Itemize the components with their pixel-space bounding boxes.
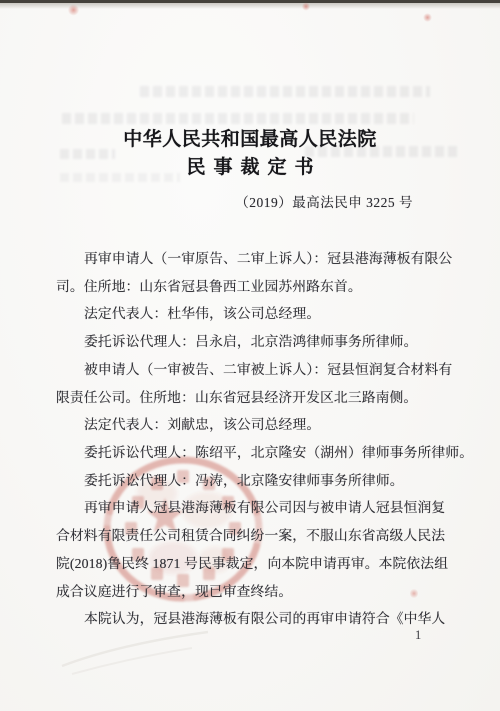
body-line: 合材料有限责任公司租赁合同纠纷一案，不服山东省高级人民法	[56, 524, 456, 544]
scanned-ruling-page: 中华人民共和国最高人民法院 民事裁定书 （2019）最高法民申 3225 号 再…	[0, 0, 500, 711]
body-line: 限责任公司。住所地：山东省冠县经济开发区北三路南侧。	[56, 386, 456, 406]
document-body: 再审申请人（一审原告、二审上诉人）：冠县港海薄板有限公司。住所地：山东省冠县鲁西…	[0, 0, 500, 711]
body-line: 委托诉讼代理人：冯涛，北京隆安律师事务所律师。	[56, 469, 484, 489]
page-number: 1	[415, 628, 421, 643]
body-line: 法定代表人：杜华伟，该公司总经理。	[56, 302, 484, 322]
body-line: 成合议庭进行了审查，现已审查终结。	[56, 580, 456, 600]
body-line: 再审申请人（一审原告、二审上诉人）：冠县港海薄板有限公	[56, 247, 484, 267]
body-line: 被申请人（一审被告、二审被上诉人）：冠县恒润复合材料有	[56, 358, 484, 378]
body-line: 委托诉讼代理人：吕永启，北京浩鸿律师事务所律师。	[56, 330, 484, 350]
body-line: 院(2018)鲁民终 1871 号民事裁定，向本院申请再审。本院依法组	[56, 552, 456, 572]
body-line: 司。住所地：山东省冠县鲁西工业园苏州路东首。	[56, 275, 456, 295]
body-line: 法定代表人：刘献忠，该公司总经理。	[56, 413, 484, 433]
body-line: 本院认为，冠县港海薄板有限公司的再审申请符合《中华人	[56, 607, 484, 627]
body-line: 委托诉讼代理人：陈绍平，北京隆安（湖州）律师事务所律师。	[56, 441, 484, 461]
body-line: 再审申请人冠县港海薄板有限公司因与被申请人冠县恒润复	[56, 496, 484, 516]
